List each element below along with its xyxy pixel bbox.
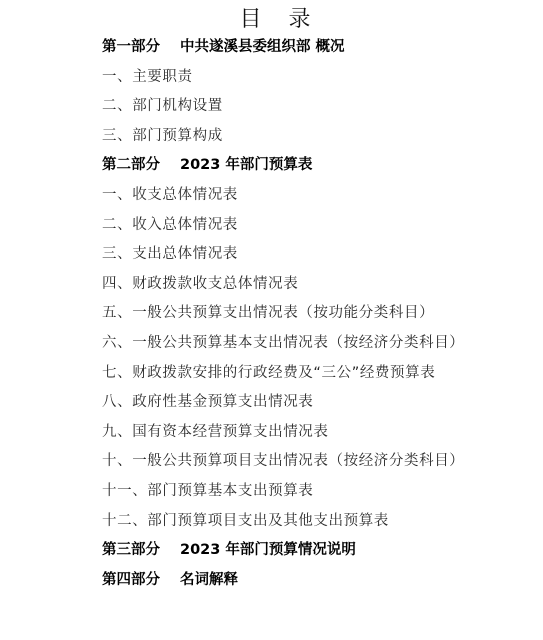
toc-item: 六、一般公共预算基本支出情况表（按经济分类科目） bbox=[102, 331, 464, 361]
toc-item: 五、一般公共预算支出情况表（按功能分类科目） bbox=[102, 301, 464, 331]
part-title: 2023 年部门预算情况说明 bbox=[180, 542, 356, 558]
toc-item: 四、财政拨款收支总体情况表 bbox=[102, 272, 464, 302]
table-of-contents: 第一部分中共遂溪县委组织部 概况 一、主要职责 二、部门机构设置 三、部门预算构… bbox=[102, 35, 464, 597]
part-label: 第三部分 bbox=[102, 542, 160, 558]
toc-part-4: 第四部分名词解释 bbox=[102, 568, 464, 598]
part-label: 第四部分 bbox=[102, 572, 160, 588]
toc-item: 三、支出总体情况表 bbox=[102, 242, 464, 272]
toc-item: 七、财政拨款安排的行政经费及“三公”经费预算表 bbox=[102, 361, 464, 391]
toc-title: 目 录 bbox=[0, 2, 543, 33]
toc-item: 九、国有资本经营预算支出情况表 bbox=[102, 420, 464, 450]
part-title: 中共遂溪县委组织部 概况 bbox=[180, 39, 345, 55]
toc-item: 二、收入总体情况表 bbox=[102, 213, 464, 243]
part-title: 名词解释 bbox=[180, 572, 238, 588]
toc-item: 八、政府性基金预算支出情况表 bbox=[102, 390, 464, 420]
part-label: 第二部分 bbox=[102, 157, 160, 173]
toc-part-3: 第三部分2023 年部门预算情况说明 bbox=[102, 538, 464, 568]
toc-item: 一、主要职责 bbox=[102, 65, 464, 95]
toc-item: 十一、部门预算基本支出预算表 bbox=[102, 479, 464, 509]
toc-item: 二、部门机构设置 bbox=[102, 94, 464, 124]
toc-item: 一、收支总体情况表 bbox=[102, 183, 464, 213]
toc-part-1: 第一部分中共遂溪县委组织部 概况 bbox=[102, 35, 464, 65]
toc-item: 十二、部门预算项目支出及其他支出预算表 bbox=[102, 509, 464, 539]
toc-part-2: 第二部分2023 年部门预算表 bbox=[102, 153, 464, 183]
toc-item: 三、部门预算构成 bbox=[102, 124, 464, 154]
toc-item: 十、一般公共预算项目支出情况表（按经济分类科目） bbox=[102, 449, 464, 479]
part-label: 第一部分 bbox=[102, 39, 160, 55]
document-page: 目 录 第一部分中共遂溪县委组织部 概况 一、主要职责 二、部门机构设置 三、部… bbox=[0, 0, 543, 640]
part-title: 2023 年部门预算表 bbox=[180, 157, 312, 173]
